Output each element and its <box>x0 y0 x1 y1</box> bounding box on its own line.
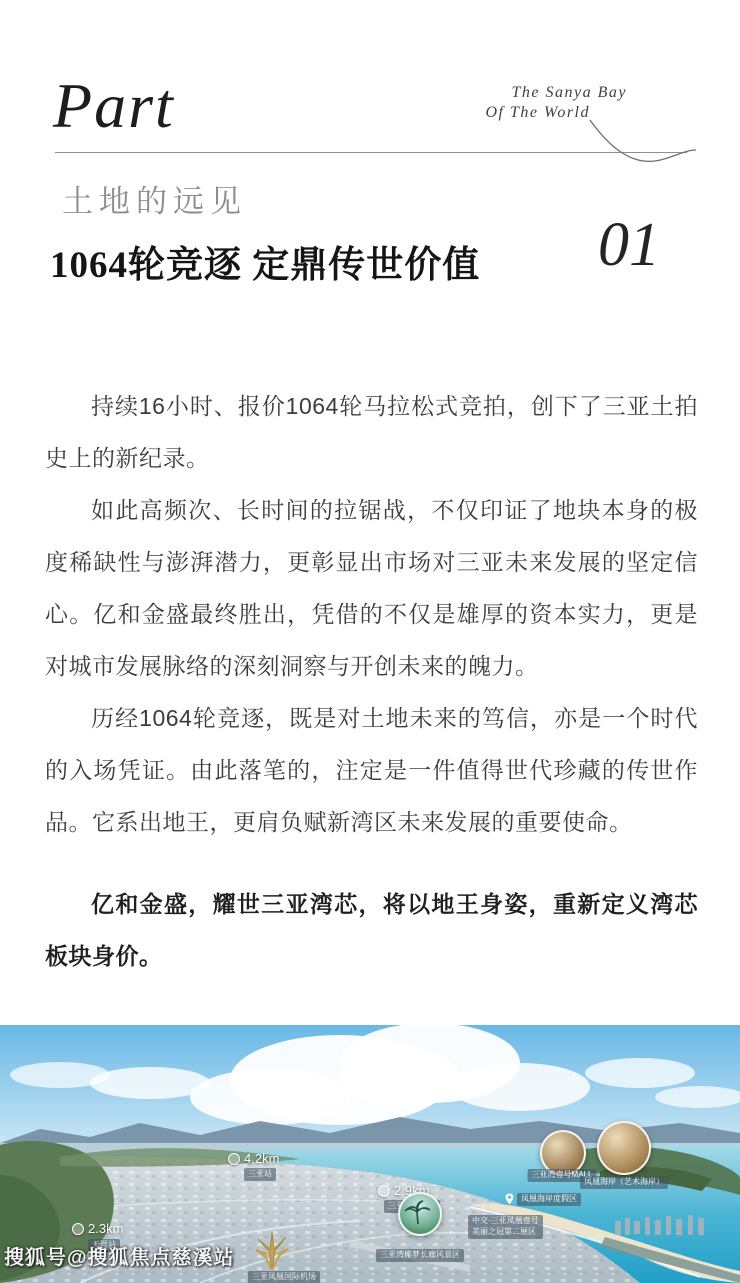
swoosh-curve-icon <box>555 108 705 172</box>
section-title: 1064轮竞逐 定鼎传世价值 <box>50 234 480 288</box>
paragraph-3: 历经1064轮竞逐，既是对土地未来的笃信，亦是一个时代的入场凭证。由此落笔的，注… <box>45 693 698 849</box>
section-number: 01 <box>598 214 660 276</box>
project-label-line2: 美丽之冠第二展区 <box>472 1227 539 1238</box>
distance-place-1: 三亚站 <box>244 1168 276 1181</box>
marker-dot-icon <box>378 1185 390 1197</box>
airport-label: 三亚凤凰国际机场 <box>248 1271 320 1283</box>
poi-badge-coast <box>597 1121 651 1175</box>
article-body: 持续16小时、报价1064轮马拉松式竞拍，创下了三亚土拍史上的新纪录。 如此高频… <box>45 381 698 983</box>
scenic-belt-label: 三亚湾椰梦长廊风景区 <box>376 1249 464 1262</box>
marker-dot-icon <box>228 1153 240 1165</box>
distance-marker-3: 2.3km <box>72 1221 123 1236</box>
palm-tree-icon <box>400 1194 436 1230</box>
section-subtitle: 土地的远见 <box>62 176 247 221</box>
paragraph-1: 持续16小时、报价1064轮马拉松式竞拍，创下了三亚土拍史上的新纪录。 <box>45 381 698 485</box>
poi-badge-palm <box>398 1192 442 1236</box>
resort-area-label: 凤凰海岸度假区 <box>517 1193 581 1206</box>
gold-palm-emblem-icon <box>255 1230 289 1272</box>
article-page: Part The Sanya Bay Of The World 土地的远见 10… <box>0 0 740 1283</box>
project-label-line1: 中交·三亚凤凰壹号 <box>472 1216 539 1227</box>
part-label: Part <box>53 74 175 138</box>
marker-dot-icon <box>72 1223 84 1235</box>
paragraph-2: 如此高频次、长时间的拉锯战，不仅印证了地块本身的极度稀缺性与澎湃潜力，更彰显出市… <box>45 485 698 693</box>
distance-value: 4.2km <box>244 1151 279 1166</box>
location-pin-icon <box>505 1193 514 1205</box>
distance-value: 2.3km <box>88 1221 123 1236</box>
distance-marker-1: 4.2km <box>228 1151 279 1166</box>
aerial-bay-photo: 4.2km 三亚站 2.9km 三亚中心医院 2.3km 天涯站 三亚湾壹号MA… <box>0 1025 740 1283</box>
poi-badge-coast-label: 凤凰海岸（艺术海岸） <box>580 1176 668 1189</box>
watermark: 搜狐号@搜狐焦点慈溪站 <box>4 1241 235 1270</box>
project-label: 中交·三亚凤凰壹号 美丽之冠第二展区 <box>468 1215 543 1239</box>
pin-label-row: 凤凰海岸度假区 <box>505 1193 581 1206</box>
paragraph-emphasis: 亿和金盛，耀世三亚湾芯，将以地王身姿，重新定义湾芯板块身价。 <box>45 879 698 983</box>
tagline-line1: The Sanya Bay <box>512 84 627 102</box>
